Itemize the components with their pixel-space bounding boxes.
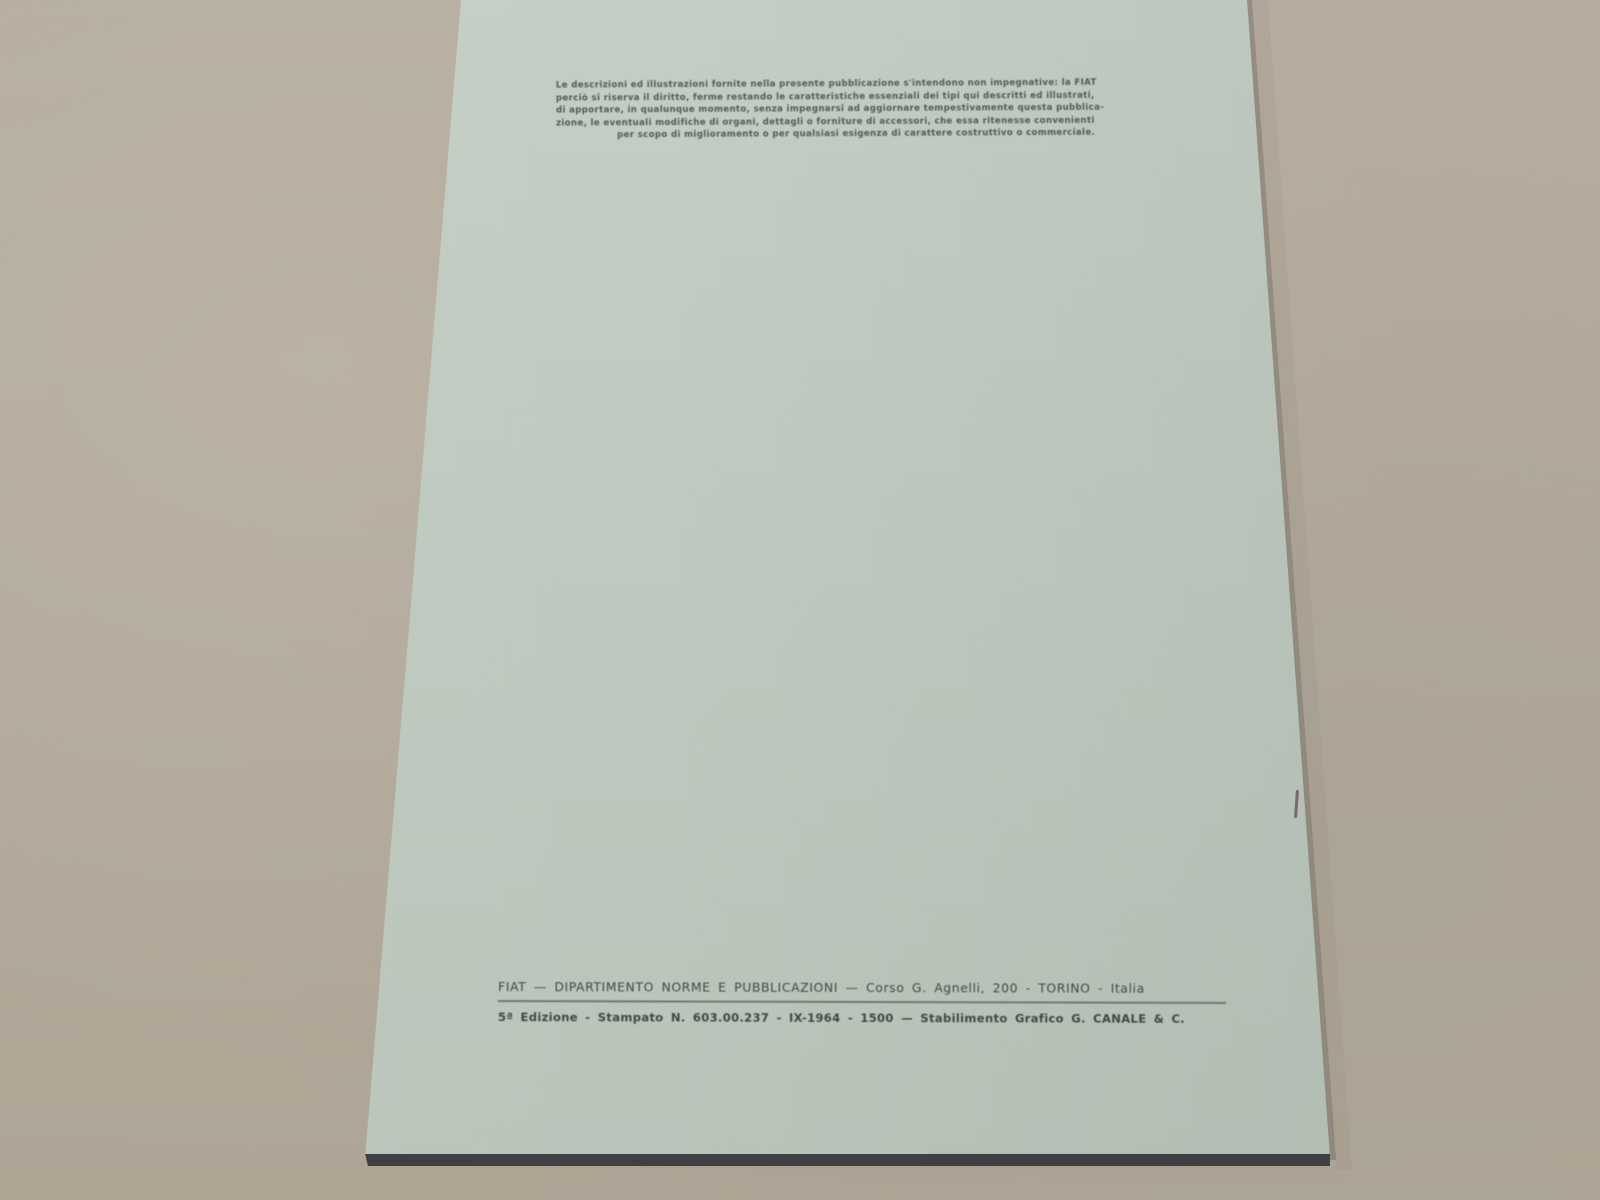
imprint-divider bbox=[498, 1000, 1226, 1004]
publisher-address-line: FIAT — DIPARTIMENTO NORME E PUBBLICAZION… bbox=[498, 979, 1238, 996]
disclaimer-paragraph: Le descrizioni ed illustrazioni fornite … bbox=[556, 76, 1156, 142]
edition-printing-line: 5ª Edizione - Stampato N. 603.00.237 - I… bbox=[498, 1010, 1238, 1026]
booklet: Le descrizioni ed illustrazioni fornite … bbox=[0, 0, 1600, 1200]
imprint-block: FIAT — DIPARTIMENTO NORME E PUBBLICAZION… bbox=[498, 979, 1238, 1026]
